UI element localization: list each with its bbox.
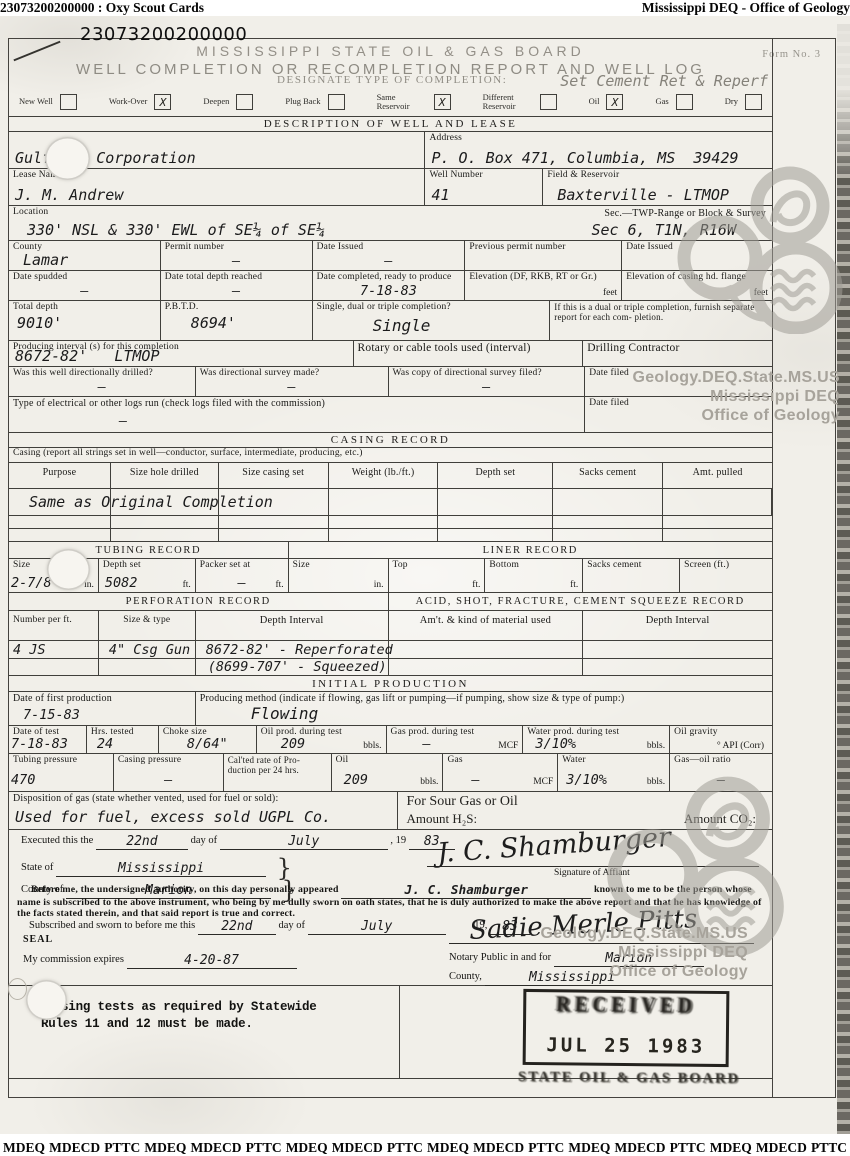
oil-test-label: Oil prod. during test: [261, 727, 382, 738]
column-header: Size casing set: [223, 464, 324, 479]
column-header: Sacks cement: [557, 464, 658, 479]
tubing-depth-unit: ft.: [183, 580, 191, 590]
liner-top-label: Top: [393, 560, 481, 571]
notary-county-label: County,: [449, 971, 482, 982]
casing-header-row: Purpose Size hole drilled Size casing se…: [9, 463, 772, 489]
casing-header-pulled: Amt. pulled: [663, 463, 772, 488]
page-footer: MDEQ MDECD PTTC MDEQ MDECD PTTC MDEQ MDE…: [0, 1136, 850, 1156]
casing-cell: [438, 489, 553, 515]
address-cell: Address P. O. Box 471, Columbia, MS 3942…: [425, 132, 772, 168]
column-header: Purpose: [13, 464, 106, 479]
checkbox-box: [676, 94, 693, 110]
bottom-section: sing tests as required by Statewide Rule…: [9, 986, 772, 1079]
subscribed-day-value: 22nd: [198, 920, 276, 935]
logs-run-cell: Type of electrical or other logs run (ch…: [9, 397, 585, 432]
casing-test-note-line-1: sing tests as required by Statewide: [61, 1000, 317, 1014]
casing-row-value: Same as Original Completion: [29, 493, 273, 511]
checkbox-dry: Dry: [725, 94, 762, 110]
column-header: Size & type: [103, 612, 191, 626]
casing-cell: [553, 489, 663, 515]
subscribed-month-value: July: [308, 920, 446, 935]
section-description-banner: DESCRIPTION OF WELL AND LEASE: [9, 117, 772, 132]
checkbox-box: [328, 94, 345, 110]
hrs-tested-cell: Hrs. tested 24: [87, 726, 159, 753]
perf-interval-cell: (8699-707' - Squeezed): [196, 659, 389, 675]
checkbox-label: Plug Back: [285, 97, 320, 106]
total-depth-cell: Total depth 9010': [9, 301, 161, 340]
section-initial-production-banner: INITIAL PRODUCTION: [9, 676, 772, 692]
directionally-drilled-value: –: [98, 379, 106, 395]
elevation-label: Elevation (DF, RKB, RT or Gr.): [469, 272, 617, 283]
operator-address-row: Gulf Oil Corporation Address P. O. Box 4…: [9, 132, 772, 169]
column-header: Weight (lb./ft.): [333, 464, 434, 479]
oil-test-unit: bbls.: [363, 741, 381, 751]
elevation-unit: feet: [603, 288, 617, 298]
location-value: 330' NSL & 330' EWL of SE¼ of SE¼: [27, 221, 325, 239]
casing-row-2: [9, 516, 772, 529]
footer-token: MDEQ: [3, 1140, 45, 1156]
first-production-row: Date of first production 7-15-83 Produci…: [9, 692, 772, 726]
logs-run-value: –: [119, 413, 127, 429]
checkbox-box: X: [606, 94, 623, 110]
executed-label-3: , 19: [390, 835, 406, 846]
footer-token: MDECD: [473, 1140, 524, 1156]
rate-gas-value: –: [471, 772, 479, 788]
casing-header-size-hole: Size hole drilled: [111, 463, 219, 488]
deq-logo-watermark-icon: [665, 164, 850, 334]
gas-test-label: Gas prod. during test: [391, 727, 519, 738]
casing-cell: [663, 529, 772, 541]
perf-interval-value-1: 8672-82' - Reperforated: [206, 642, 393, 658]
executed-month-value: July: [220, 835, 388, 850]
tubing-depth-value: 5082: [105, 575, 138, 591]
footer-token: MDEQ: [144, 1140, 186, 1156]
acid-material-header: Am't. & kind of material used: [389, 611, 584, 640]
seal-label: SEAL: [23, 934, 53, 945]
acid-interval-cell: [583, 659, 772, 675]
received-stamp: RECEIVED JUL 25 1983: [523, 989, 730, 1067]
checkbox-label: Different Reservoir: [483, 93, 533, 112]
completion-type-checkboxes: New Well Work-Over X Deepen Plug Back Sa…: [9, 88, 772, 117]
checkbox-label: Deepen: [203, 97, 229, 106]
perforation-header-row: Number per ft. Size & type Depth Interva…: [9, 611, 772, 641]
total-depth-value: 9010': [17, 314, 62, 332]
pbtd-cell: P.B.T.D. 8694': [161, 301, 313, 340]
liner-screen-label: Screen (ft.): [684, 560, 768, 571]
permit-number-value: –: [232, 253, 240, 269]
casing-cell: [553, 516, 663, 528]
checkbox-new-well: New Well: [19, 94, 77, 110]
checkbox-plug-back: Plug Back: [285, 94, 344, 110]
calculated-rate-label: Cal'ted rate of Pro-duction per 24 hrs.: [228, 755, 327, 776]
directional-survey-label: Was directional survey made?: [200, 368, 384, 379]
designate-label: DESIGNATE TYPE OF COMPLETION:: [277, 74, 507, 86]
gas-oil-ratio-label: Gas—oil ratio: [674, 755, 768, 766]
section-title: DESCRIPTION OF WELL AND LEASE: [264, 118, 518, 130]
state-value: Mississippi: [56, 862, 266, 877]
logs-run-label: Type of electrical or other logs run (ch…: [13, 398, 580, 410]
perf-interval-value-2: (8699-707' - Squeezed): [208, 659, 387, 675]
scanned-well-completion-report: { "page_header": { "left": "230732002000…: [0, 0, 850, 1156]
checkbox-label: Gas: [656, 97, 669, 106]
casing-header-depth: Depth set: [438, 463, 553, 488]
tubing-packer-cell: Packer set at – ft.: [196, 559, 289, 592]
date-issued-value: –: [384, 253, 392, 269]
oil-gravity-label: Oil gravity: [674, 727, 768, 738]
tubing-pressure-label: Tubing pressure: [13, 755, 109, 766]
liner-sacks-label: Sacks cement: [587, 560, 675, 571]
perf-number-cell: 4 JS: [9, 641, 99, 658]
directionally-drilled-label: Was this well directionally drilled?: [13, 368, 191, 379]
perf-size-value: 4" Csg Gun: [109, 642, 190, 658]
stamp-received-text: RECEIVED: [556, 993, 698, 1020]
commission-label: My commission expires: [23, 954, 124, 965]
pbtd-label: P.B.T.D.: [165, 302, 308, 313]
appeared-name-value: J. C. Shamburger: [341, 884, 591, 899]
county-permit-row: County Lamar Permit number – Date Issued…: [9, 241, 772, 271]
oil-gravity-unit: ° API (Corr): [717, 741, 764, 751]
casing-cell: [663, 516, 772, 528]
previous-permit-cell: Previous permit number: [465, 241, 622, 270]
stamp-cell: RECEIVED JUL 25 1983 STATE OIL & GAS BOA…: [400, 986, 772, 1078]
checkbox-box: X: [154, 94, 171, 110]
acid-interval-header: Depth Interval: [583, 611, 772, 640]
casing-test-note-line-2: Rules 11 and 12 must be made.: [41, 1017, 253, 1031]
completion-question-cell: Single, dual or triple completion? Singl…: [313, 301, 551, 340]
watermark-url: Geology.DEQ.State.MS.US: [540, 924, 748, 943]
casing-pressure-value: –: [164, 772, 172, 788]
date-completed-cell: Date completed, ready to produce 7-18-83: [313, 271, 466, 300]
test-date-value: 7-18-83: [11, 736, 68, 752]
directional-copy-label: Was copy of directional survey filed?: [393, 368, 581, 379]
perforation-row-1: 4 JS 4" Csg Gun 8672-82' - Reperforated: [9, 641, 772, 659]
page-header-right: Mississippi DEQ - Office of Geology: [642, 0, 850, 16]
lease-row: Lease Name J. M. Andrew Well Number 41 F…: [9, 169, 772, 206]
lease-name-value: J. M. Andrew: [15, 186, 123, 204]
perf-size-cell: 4" Csg Gun: [99, 641, 196, 658]
watermark-agency: Mississippi DEQ: [632, 387, 840, 406]
h2s-label: Amount H₂S:: [406, 811, 477, 827]
date-spudded-cell: Date spudded –: [9, 271, 161, 300]
date-td-value: –: [232, 283, 240, 299]
address-label: Address: [429, 133, 768, 144]
tubing-packer-value: –: [238, 575, 246, 591]
commission-value: 4-20-87: [127, 954, 297, 969]
water-test-cell: Water prod. during test 3/10% bbls.: [523, 726, 670, 753]
section-title: TUBING RECORD: [95, 545, 201, 556]
footer-token: MDEQ: [568, 1140, 610, 1156]
footer-token: PTTC: [387, 1140, 423, 1156]
gas-disposition-cell: Disposition of gas (state whether vented…: [9, 792, 398, 829]
rate-oil-unit: bbls.: [420, 777, 438, 787]
footer-token: MDECD: [190, 1140, 241, 1156]
footer-token: MDECD: [332, 1140, 383, 1156]
date-completed-value: 7-18-83: [360, 283, 417, 299]
perf-size-cell: [99, 659, 196, 675]
liner-top-unit: ft.: [472, 580, 480, 590]
location-row: Location 330' NSL & 330' EWL of SE¼ of S…: [9, 206, 772, 241]
hrs-tested-value: 24: [97, 736, 113, 752]
rate-gas-cell: Gas – MCF: [443, 754, 558, 791]
date-td-label: Date total depth reached: [165, 272, 308, 283]
perf-interval-header: Depth Interval: [196, 611, 389, 640]
directionally-drilled-cell: Was this well directionally drilled? –: [9, 367, 196, 396]
county-cell: County Lamar: [9, 241, 161, 270]
casing-note-row: Casing (report all strings set in well—c…: [9, 448, 772, 463]
checkbox-label: Work-Over: [109, 97, 148, 106]
date-completed-label: Date completed, ready to produce: [317, 272, 461, 283]
rate-gas-label: Gas: [447, 755, 553, 766]
directional-copy-value: –: [482, 379, 490, 395]
casing-cell: [219, 516, 329, 528]
oil-test-cell: Oil prod. during test 209 bbls.: [257, 726, 387, 753]
footer-token: PTTC: [670, 1140, 706, 1156]
rate-water-label: Water: [562, 755, 665, 766]
casing-header-size-casing: Size casing set: [219, 463, 329, 488]
water-test-value: 3/10%: [535, 736, 576, 752]
footer-token: MDECD: [614, 1140, 665, 1156]
producing-interval-value: 8672-82' LTMOP: [15, 347, 160, 365]
location-cell: Location 330' NSL & 330' EWL of SE¼ of S…: [9, 206, 772, 240]
casing-row-1: Same as Original Completion: [9, 489, 772, 516]
hole-punch-icon: [45, 137, 90, 180]
liner-size-label: Size: [293, 560, 384, 571]
checkbox-box: [60, 94, 77, 110]
watermark-office: Office of Geology: [540, 962, 748, 981]
gas-test-value: –: [423, 736, 431, 752]
executed-line: Executed this the 22nd day of July , 19 …: [21, 833, 455, 848]
perf-interval-cell: 8672-82' - Reperforated: [196, 641, 389, 658]
footer-token: MDECD: [756, 1140, 807, 1156]
producing-method-value: Flowing: [251, 704, 318, 723]
api-number: 23073200200000: [80, 24, 247, 45]
stamp-date: JUL 25 1983: [547, 1034, 706, 1058]
watermark-agency: Mississippi DEQ: [540, 943, 748, 962]
liner-screen-cell: Screen (ft.): [680, 559, 772, 592]
checkbox-label: Oil: [589, 97, 600, 106]
date-issued-cell: Date Issued –: [313, 241, 466, 270]
hole-punch-icon: [47, 549, 90, 590]
water-test-unit: bbls.: [647, 741, 665, 751]
gas-disposition-label: Disposition of gas (state whether vented…: [13, 793, 393, 805]
executed-label-2: day of: [191, 835, 218, 846]
well-number-cell: Well Number 41: [425, 169, 543, 205]
casing-cell: [329, 529, 439, 541]
acid-interval-cell: [583, 641, 772, 658]
county-value: Lamar: [23, 251, 68, 269]
footer-token: MDEQ: [286, 1140, 328, 1156]
checkbox-same-reservoir: Same Reservoir X: [377, 93, 451, 112]
casing-cell: [111, 529, 219, 541]
rate-oil-value: 209: [344, 772, 368, 788]
total-depth-row: Total depth 9010' P.B.T.D. 8694' Single,…: [9, 301, 772, 341]
casing-pressure-label: Casing pressure: [118, 755, 219, 766]
drilling-contractor-cell: Drilling Contractor: [583, 341, 772, 366]
section-title: LINER RECORD: [483, 545, 578, 556]
column-header: Depth Interval: [200, 612, 384, 627]
casing-header-purpose: Purpose: [9, 463, 111, 488]
footer-token: MDEQ: [710, 1140, 752, 1156]
section-casing-banner: CASING RECORD: [9, 433, 772, 448]
rotary-cable-label: Rotary or cable tools used (interval): [358, 342, 579, 355]
completion-question-label: Single, dual or triple completion?: [317, 302, 546, 313]
checkbox-box: [236, 94, 253, 110]
date-spudded-label: Date spudded: [13, 272, 156, 283]
footer-token: PTTC: [246, 1140, 282, 1156]
perf-number-value: 4 JS: [13, 642, 46, 658]
watermark-text-1: Geology.DEQ.State.MS.US Mississippi DEQ …: [632, 368, 840, 426]
perforation-acid-header-row: PERFORATION RECORD ACID, SHOT, FRACTURE,…: [9, 593, 772, 611]
section-title: INITIAL PRODUCTION: [312, 678, 469, 690]
casing-pressure-cell: Casing pressure –: [114, 754, 224, 791]
subscribed-line: Subscribed and sworn to before me this 2…: [29, 918, 530, 933]
tubing-packer-label: Packer set at: [200, 560, 284, 571]
punch-ring-mark-icon: [8, 978, 27, 1000]
footer-token: MDEQ: [427, 1140, 469, 1156]
directional-survey-value: –: [288, 379, 296, 395]
footer-token: PTTC: [811, 1140, 847, 1156]
casing-cell: [438, 529, 553, 541]
gas-test-cell: Gas prod. during test – MCF: [387, 726, 524, 753]
oil-gravity-cell: Oil gravity ° API (Corr): [670, 726, 772, 753]
well-number-label: Well Number: [429, 170, 538, 181]
tubing-liner-body-row: Size 2-7/8 in. Depth set 5082 ft. Packer…: [9, 559, 772, 593]
column-header: Am't. & kind of material used: [393, 612, 579, 627]
producing-interval-row: Producing interval (s) for this completi…: [9, 341, 772, 367]
rate-oil-label: Oil: [336, 755, 439, 766]
section-liner-banner: LINER RECORD: [289, 542, 772, 558]
tubing-size-value: 2-7/8: [11, 575, 52, 591]
designate-row: DESIGNATE TYPE OF COMPLETION: Set Cement…: [9, 73, 772, 88]
column-header: Depth Interval: [587, 612, 768, 627]
footer-token: MDECD: [49, 1140, 100, 1156]
tubing-pressure-value: 470: [11, 772, 35, 788]
producing-method-cell: Producing method (indicate if flowing, g…: [196, 692, 772, 725]
permit-number-cell: Permit number –: [161, 241, 313, 270]
acid-material-cell: [389, 659, 584, 675]
page-header-left: 23073200200000 : Oxy Scout Cards: [0, 0, 204, 16]
operator-value: Gulf Oil Corporation: [15, 149, 196, 167]
executed-label-1: Executed this the: [21, 835, 93, 846]
total-depth-label: Total depth: [13, 302, 156, 313]
perf-size-header: Size & type: [99, 611, 196, 640]
section-title: PERFORATION RECORD: [126, 596, 271, 607]
date-issued-label: Date Issued: [317, 242, 461, 253]
casing-cell: [9, 516, 111, 528]
tubing-packer-unit: ft.: [275, 580, 283, 590]
rate-gas-unit: MCF: [533, 777, 553, 787]
checkbox-label: Dry: [725, 97, 738, 106]
tubing-liner-header-row: TUBING RECORD LINER RECORD: [9, 542, 772, 559]
date-td-cell: Date total depth reached –: [161, 271, 313, 300]
perf-number-header: Number per ft.: [9, 611, 99, 640]
watermark-office: Office of Geology: [632, 406, 840, 425]
checkbox-label: New Well: [19, 97, 53, 106]
page-header: 23073200200000 : Oxy Scout Cards Mississ…: [0, 0, 850, 16]
watermark-text-2: Geology.DEQ.State.MS.US Mississippi DEQ …: [540, 924, 748, 982]
perforation-row-2: (8699-707' - Squeezed): [9, 659, 772, 676]
board-title: MISSISSIPPI STATE OIL & GAS BOARD: [9, 43, 772, 59]
checkbox-oil: Oil X: [589, 94, 624, 110]
stamp-agency-text: STATE OIL & GAS BOARD: [518, 1069, 758, 1088]
checkbox-box: X: [434, 94, 451, 110]
first-production-cell: Date of first production 7-15-83: [9, 692, 196, 725]
drilling-contractor-label: Drilling Contractor: [587, 342, 768, 355]
date-spudded-value: –: [80, 283, 88, 299]
casing-cell: [219, 529, 329, 541]
gas-disposition-value: Used for fuel, excess sold UGPL Co.: [15, 808, 331, 826]
previous-permit-label: Previous permit number: [469, 242, 617, 253]
liner-bottom-unit: ft.: [570, 580, 578, 590]
liner-size-unit: in.: [374, 580, 384, 590]
column-header: Number per ft.: [13, 612, 94, 626]
casing-cell: [553, 529, 663, 541]
checkbox-different-reservoir: Different Reservoir: [483, 93, 557, 112]
oil-test-value: 209: [281, 736, 305, 752]
casing-note: Casing (report all strings set in well—c…: [9, 448, 363, 462]
first-production-value: 7-15-83: [23, 707, 80, 723]
footer-token: PTTC: [104, 1140, 140, 1156]
pbtd-value: 8694': [191, 314, 236, 332]
test-row: Date of test 7-18-83 Hrs. tested 24 Chok…: [9, 726, 772, 754]
tubing-depth-cell: Depth set 5082 ft.: [99, 559, 196, 592]
test-date-cell: Date of test 7-18-83: [9, 726, 87, 753]
rotary-cable-cell: Rotary or cable tools used (interval): [354, 341, 584, 366]
elevation-cell: Elevation (DF, RKB, RT or Gr.) feet: [465, 271, 622, 300]
perf-number-cell: [9, 659, 99, 675]
choke-size-value: 8/64": [187, 736, 228, 752]
tubing-pressure-cell: Tubing pressure 470: [9, 754, 114, 791]
liner-bottom-label: Bottom: [489, 560, 578, 571]
acid-material-cell: [389, 641, 584, 658]
choke-size-cell: Choke size 8/64": [159, 726, 257, 753]
first-production-label: Date of first production: [13, 693, 191, 705]
calculated-rate-cell: Cal'ted rate of Pro-duction per 24 hrs.: [224, 754, 332, 791]
gas-test-unit: MCF: [498, 741, 518, 751]
before-me-text-1: Before me, the undersigned authority, on…: [31, 884, 339, 895]
completion-question-value: Single: [373, 316, 431, 335]
liner-size-cell: Size in.: [289, 559, 389, 592]
casing-row-3: [9, 529, 772, 542]
sour-gas-title: For Sour Gas or Oil: [406, 794, 517, 810]
checkbox-box: [745, 94, 762, 110]
directional-copy-cell: Was copy of directional survey filed? –: [389, 367, 586, 396]
casing-header-weight: Weight (lb./ft.): [329, 463, 439, 488]
liner-bottom-cell: Bottom ft.: [485, 559, 583, 592]
section-perforation-banner: PERFORATION RECORD: [9, 593, 389, 610]
producing-method-label: Producing method (indicate if flowing, g…: [200, 693, 768, 705]
column-header: Size hole drilled: [115, 464, 214, 479]
section-title: CASING RECORD: [331, 434, 451, 446]
casing-cell: [438, 516, 553, 528]
liner-top-cell: Top ft.: [389, 559, 486, 592]
permit-number-label: Permit number: [165, 242, 308, 253]
casing-cell: [9, 529, 111, 541]
checkbox-work-over: Work-Over X: [109, 94, 172, 110]
casing-test-note-cell: sing tests as required by Statewide Rule…: [9, 986, 400, 1078]
casing-cell: [663, 489, 772, 515]
rate-oil-cell: Oil 209 bbls.: [332, 754, 444, 791]
checkbox-gas: Gas: [656, 94, 693, 110]
liner-sacks-cell: Sacks cement: [583, 559, 680, 592]
producing-interval-cell: Producing interval (s) for this completi…: [9, 341, 354, 366]
scanned-paper: 23073200200000 Form No. 3 MISSISSIPPI ST…: [0, 16, 850, 1134]
section-title: ACID, SHOT, FRACTURE, CEMENT SQUEEZE REC…: [416, 596, 745, 607]
dates-elevation-row: Date spudded – Date total depth reached …: [9, 271, 772, 301]
directional-survey-cell: Was directional survey made? –: [196, 367, 389, 396]
casing-cell: [329, 516, 439, 528]
column-header: Depth set: [442, 464, 548, 479]
